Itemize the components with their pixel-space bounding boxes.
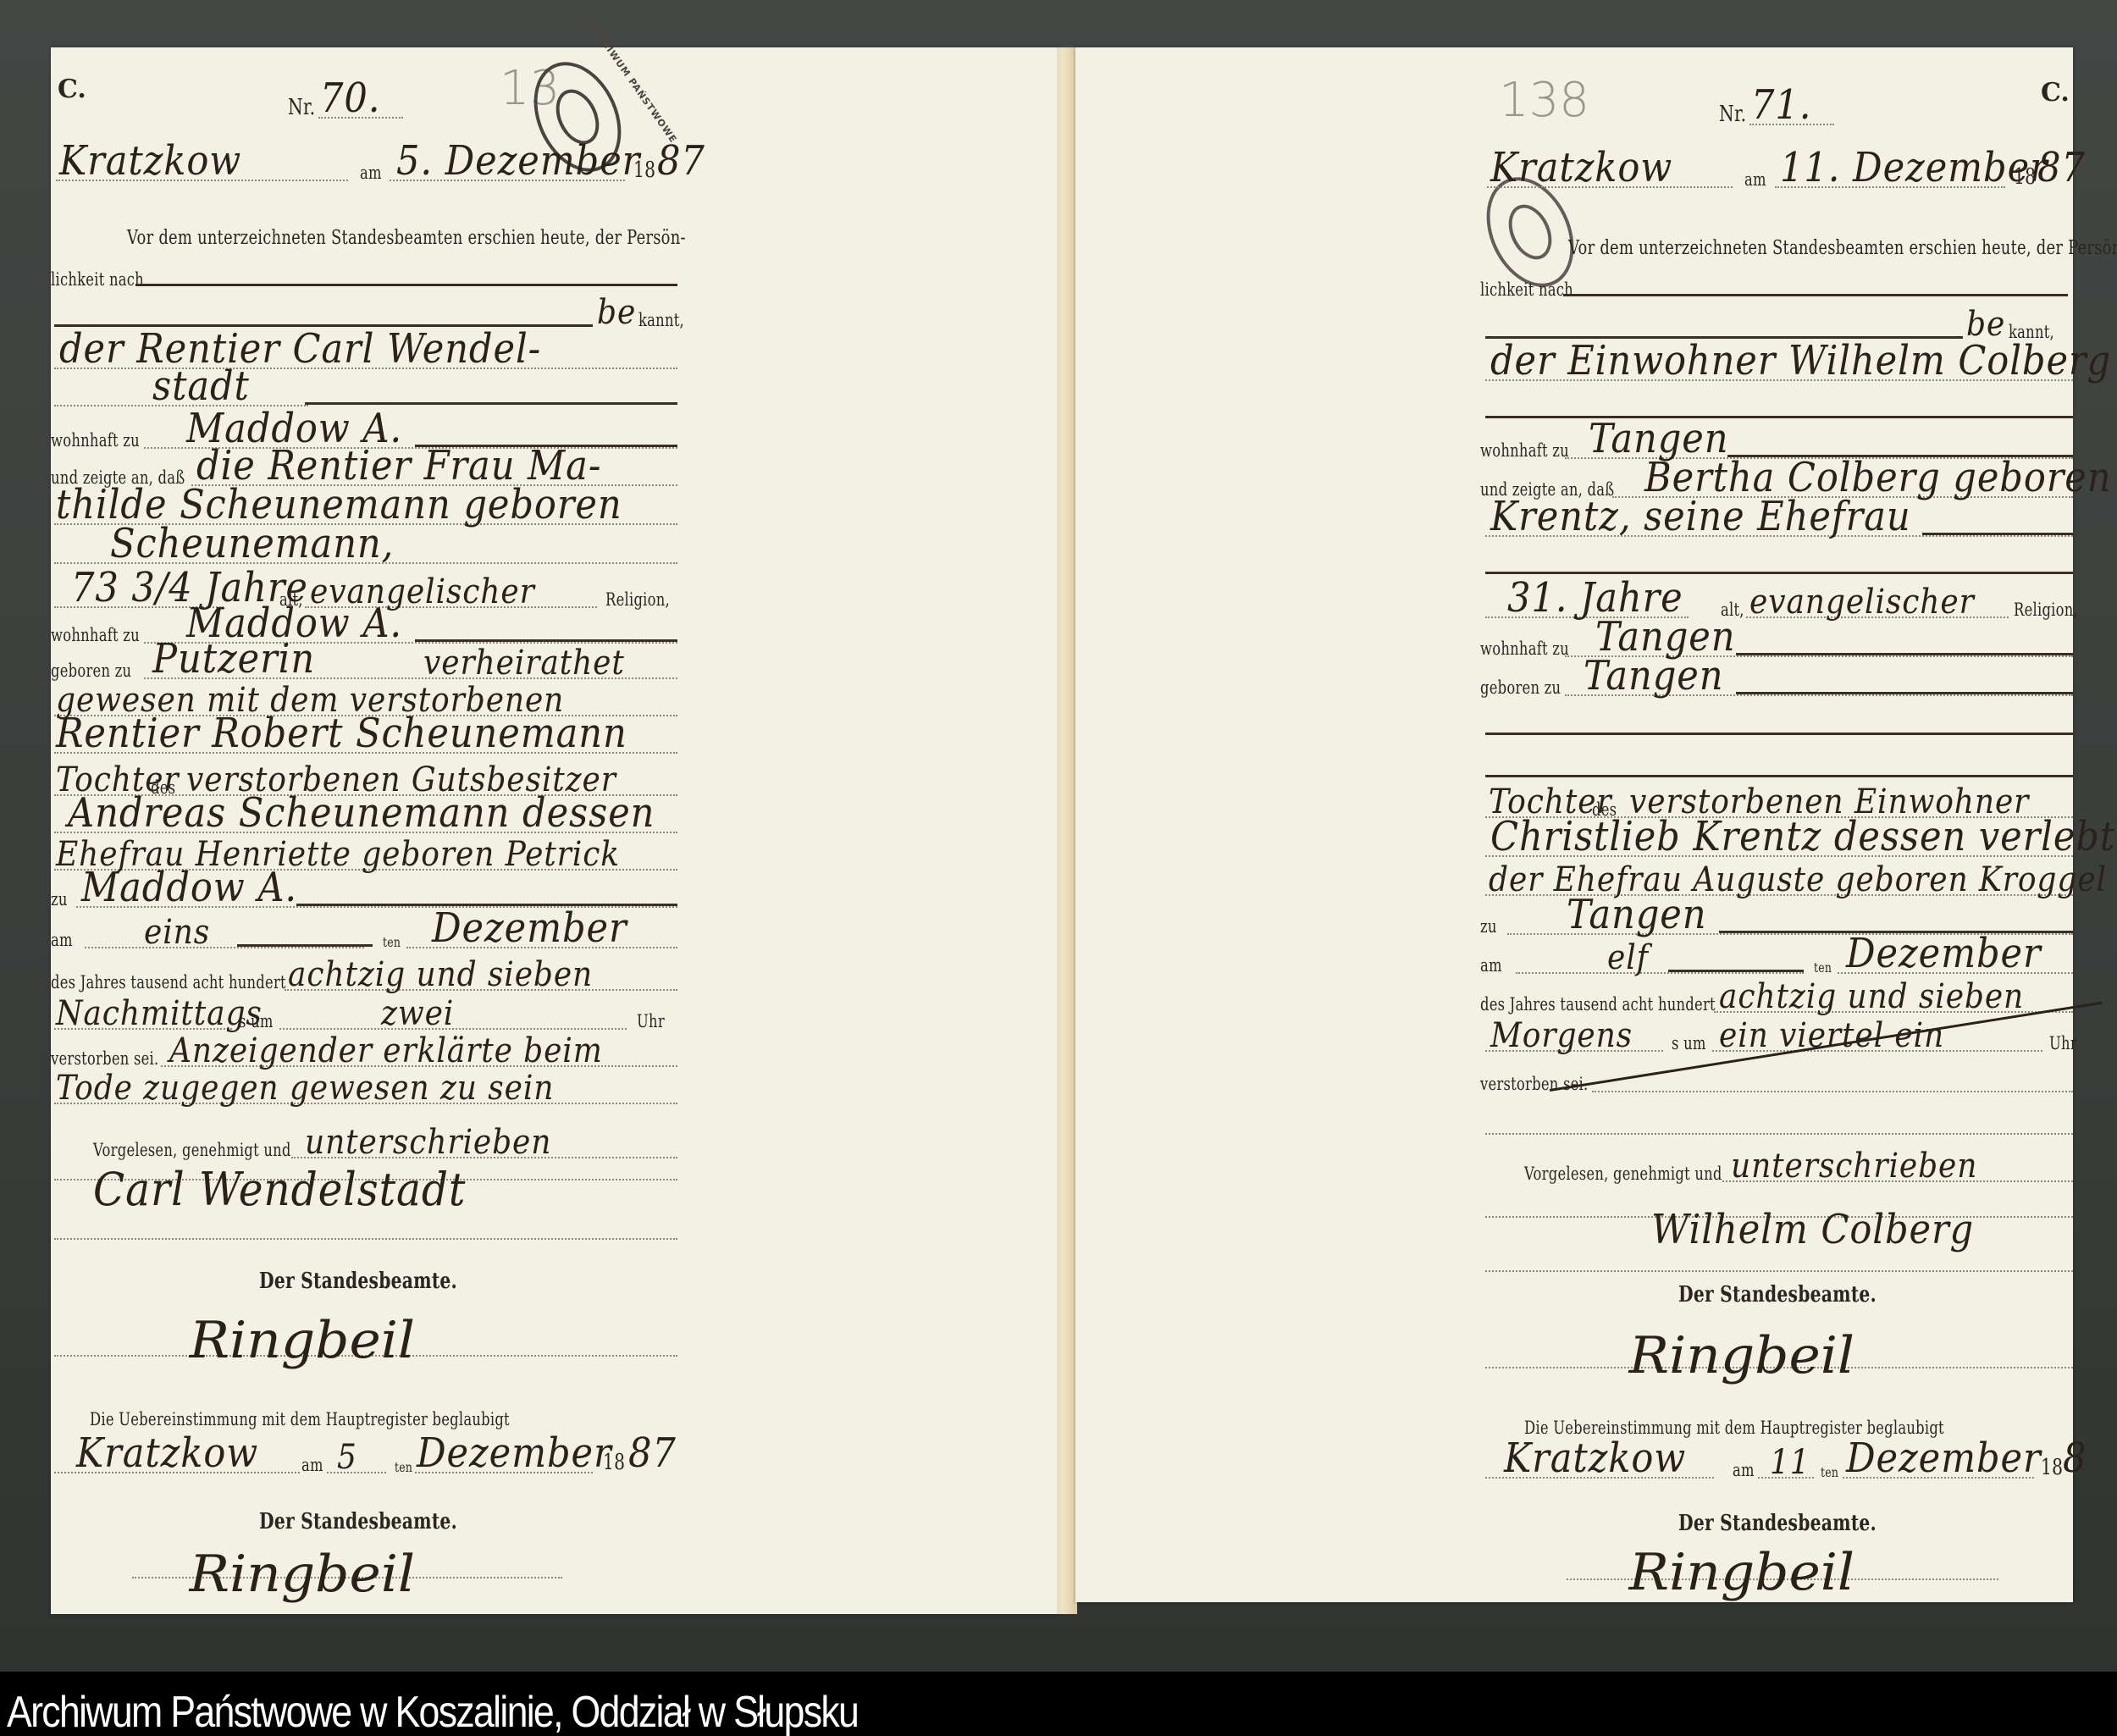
- wohnhaft-label: wohnhaft zu: [51, 430, 140, 451]
- verstorben-label: verstorben sei.: [1480, 1074, 1588, 1094]
- lichkeit-row: lichkeit nach: [51, 254, 1058, 293]
- verstorben-row-2: [1075, 1101, 2073, 1140]
- hour-value: ein viertel ein: [1719, 1016, 1944, 1055]
- death-date-row: am eins ten Dezember: [51, 915, 1058, 954]
- date: 5. Dezember: [396, 137, 640, 185]
- vorgelesen-row: Vorgelesen, genehmigt und unterschrieben: [1075, 1148, 2073, 1187]
- zu-value: Maddow A.: [81, 864, 297, 911]
- uhr-label: Uhr: [637, 1011, 665, 1031]
- jahres-row: des Jahres tausend acht hundert achtzig …: [1075, 979, 2073, 1018]
- standesbeamte-title-2: Der Standesbeamte.: [259, 1509, 457, 1534]
- detail-line-4: Andreas Scheunemann dessen: [68, 789, 655, 837]
- year-prefix: 18: [633, 158, 655, 183]
- geboren-row: geboren zu Tangen: [1075, 662, 2073, 701]
- certification-date-row: Kratzkow am 5 ten Dezember 18 87: [51, 1440, 1058, 1479]
- standesbeamte-title: Der Standesbeamte.: [259, 1269, 457, 1294]
- cert-day: 11: [1770, 1443, 1810, 1482]
- time-of-day: Nachmittags: [56, 994, 263, 1033]
- cert-am: am: [1733, 1460, 1755, 1480]
- cert-place: Kratzkow: [1504, 1435, 1686, 1482]
- nr-label: Nr.: [288, 95, 315, 120]
- geboren-row-3: [1075, 745, 2073, 784]
- lichkeit-row: lichkeit nach: [1075, 264, 2073, 303]
- cert-month: Dezember: [1846, 1435, 2042, 1482]
- time-row: Nachmittags s um zwei Uhr: [51, 996, 1058, 1035]
- religion-value: evangelischer: [1749, 583, 1975, 622]
- verstorben-label: verstorben sei.: [51, 1048, 158, 1069]
- cert-year-prefix: 18: [603, 1450, 625, 1475]
- geboren-value: Tangen: [1584, 652, 1723, 699]
- informant-line-2: stadt: [152, 362, 250, 410]
- geboren-row: geboren zu Putzerin verheirathet: [51, 645, 1058, 684]
- cert-year-suffix: 8: [2063, 1435, 2087, 1482]
- detail-line-2: Christlieb Krentz dessen verlebten,: [1490, 813, 2117, 860]
- right-page-record-71: C. 138 Nr. 71. Kratzkow am 11. Dezember …: [1075, 47, 2073, 1602]
- intro-text: Vor dem unterzeichneten Standesbeamten e…: [127, 227, 686, 249]
- ten-label: ten: [383, 934, 401, 950]
- wohnhaft2-label: wohnhaft zu: [1480, 639, 1569, 659]
- am-label-2: am: [51, 930, 73, 950]
- year-suffix: 87: [2037, 144, 2086, 191]
- year-prefix: 18: [2014, 164, 2036, 190]
- deceased-row-2: Krentz, seine Ehefrau: [1075, 503, 2073, 542]
- zu-value: Tangen: [1567, 891, 1706, 938]
- vorgelesen-value: unterschrieben: [1731, 1147, 1977, 1186]
- place: Kratzkow: [1490, 144, 1672, 191]
- cert-ten: ten: [1821, 1464, 1838, 1480]
- vorgelesen-label: Vorgelesen, genehmigt und: [1524, 1164, 1722, 1184]
- uhr-label: Uhr: [2049, 1033, 2077, 1053]
- s-um-label: s um: [239, 1011, 274, 1031]
- informant-row-1: der Einwohner Wilhelm Colberg: [1075, 347, 2073, 386]
- cert-am: am: [301, 1455, 323, 1475]
- registrar-signature: Ringbeil: [190, 1311, 415, 1370]
- wohnhaft-label: wohnhaft zu: [1480, 440, 1569, 461]
- day-value: elf: [1607, 938, 1649, 977]
- deceased-line-3: Scheunemann,: [110, 520, 394, 567]
- wohnhaft2-row: wohnhaft zu Tangen: [1075, 623, 2073, 662]
- geboren-label: geboren zu: [1480, 677, 1561, 698]
- bekannt-print: kannt,: [638, 310, 684, 330]
- uebereinstimmung-row: Die Uebereinstimmung mit dem Hauptregist…: [51, 1394, 1058, 1433]
- informant-row-2: [1075, 386, 2073, 425]
- verstorben-row: verstorben sei.: [1075, 1059, 2073, 1097]
- standesbeamte-title-row-2: Der Standesbeamte.: [1075, 1501, 2073, 1540]
- registrar-signature: Ringbeil: [1629, 1326, 1854, 1385]
- nr-value: 71.: [1751, 81, 1811, 129]
- religion-label: Religion,: [605, 589, 670, 610]
- cert-year-prefix: 18: [2041, 1455, 2063, 1480]
- standesbeamte-title: Der Standesbeamte.: [1678, 1282, 1877, 1308]
- place: Kratzkow: [59, 137, 241, 185]
- jahres-row: des Jahres tausend acht hundert achtzig …: [51, 957, 1058, 996]
- death-date-row: am elf ten Dezember: [1075, 940, 2073, 979]
- book-gutter: [1057, 47, 1077, 1614]
- standesbeamte-title-2: Der Standesbeamte.: [1678, 1511, 1877, 1536]
- intro-row: Vor dem unterzeichneten Standesbeamten e…: [1075, 224, 2073, 263]
- detail-row-4: Andreas Scheunemann dessen: [51, 799, 1058, 838]
- left-page-record-70: C. 13 ARCHIWUM PAŃSTWOWE Nr. 70. Kratzko…: [51, 47, 1058, 1614]
- geboren-extra: verheirathet: [423, 644, 625, 683]
- vorgelesen-label: Vorgelesen, genehmigt und: [93, 1140, 291, 1160]
- registrar-signature-2: Ringbeil: [1629, 1543, 1854, 1602]
- verstorben-line-2: Tode zugegen gewesen zu sein: [56, 1069, 554, 1108]
- zu-label: zu: [51, 889, 68, 909]
- registrar-signature-row-2: Ringbeil: [1075, 1546, 2073, 1585]
- day-value: eins: [144, 913, 210, 952]
- blank-signature-line: [51, 1206, 1058, 1245]
- geboren-row-2: [1075, 703, 2073, 742]
- registrar-signature-row-2: Ringbeil: [51, 1545, 1058, 1584]
- month-value: Dezember: [432, 904, 627, 952]
- uebereinstimmung-text: Die Uebereinstimmung mit dem Hauptregist…: [90, 1409, 510, 1429]
- lichkeit-label: lichkeit nach: [1480, 279, 1573, 300]
- archive-caption: Archiwum Państwowe w Koszalinie, Oddział…: [7, 1687, 858, 1736]
- nr-value: 70.: [320, 75, 380, 122]
- jahres-value: achtzig und sieben: [288, 955, 593, 994]
- standesbeamte-title-row-2: Der Standesbeamte.: [51, 1499, 1058, 1538]
- am-label-2: am: [1480, 955, 1502, 976]
- jahres-label: des Jahres tausend acht hundert: [51, 972, 286, 992]
- verstorben-value: Anzeigender erklärte beim: [169, 1031, 603, 1070]
- intro-row: Vor dem unterzeichneten Standesbeamten e…: [51, 213, 1058, 252]
- date: 11. Dezember: [1780, 144, 2048, 191]
- verstorben-row-2: Tode zugegen gewesen zu sein: [51, 1070, 1058, 1109]
- am-label: am: [1744, 169, 1766, 190]
- registrar-signature-2: Ringbeil: [190, 1545, 415, 1604]
- cert-place: Kratzkow: [76, 1429, 258, 1477]
- standesbeamte-title-row: Der Standesbeamte.: [51, 1258, 1058, 1297]
- vorgelesen-value: unterschrieben: [305, 1123, 551, 1162]
- age-row: 31. Jahre alt, evangelischer Religion,: [1075, 584, 2073, 623]
- religion-label: Religion,: [2014, 600, 2078, 620]
- geboren-value: Putzerin: [152, 635, 315, 683]
- intro-text: Vor dem unterzeichneten Standesbeamten e…: [1568, 237, 2117, 259]
- cert-day: 5: [337, 1438, 357, 1477]
- jahres-value: achtzig und sieben: [1719, 977, 2024, 1016]
- cert-year-suffix: 87: [628, 1429, 677, 1477]
- detail-line-2: Rentier Robert Scheunemann: [56, 710, 627, 757]
- bekannt-hand: be: [597, 293, 636, 332]
- place-date-row: Kratzkow am 11. Dezember 18 87: [1075, 154, 2073, 193]
- time-row: Morgens s um ein viertel ein Uhr: [1075, 1018, 2073, 1057]
- place-date-row: Kratzkow am 5. Dezember 18 87: [51, 147, 1058, 186]
- informant-line-1: der Rentier Carl Wendel-: [59, 325, 541, 373]
- deceased-line-2: Krentz, seine Ehefrau: [1490, 493, 1911, 540]
- ten-label: ten: [1814, 959, 1832, 976]
- cert-ten: ten: [395, 1459, 412, 1475]
- geboren-label: geboren zu: [51, 661, 131, 681]
- hour-value: zwei: [381, 994, 454, 1033]
- verstorben-row: verstorben sei. Anzeigender erklärte bei…: [51, 1033, 1058, 1072]
- vorgelesen-row: Vorgelesen, genehmigt und unterschrieben: [51, 1125, 1058, 1164]
- am-label: am: [360, 163, 382, 183]
- record-number-row: Nr. 70.: [51, 85, 1058, 124]
- wohnhaft2-label: wohnhaft zu: [51, 625, 140, 645]
- time-of-day: Morgens: [1490, 1016, 1633, 1055]
- zu-label: zu: [1480, 916, 1497, 937]
- nr-label: Nr.: [1719, 102, 1746, 127]
- record-number-row: Nr. 71.: [1075, 91, 2073, 130]
- certification-date-row: Kratzkow am 11 ten Dezember 18 8: [1075, 1445, 2073, 1484]
- informant-line-1: der Einwohner Wilhelm Colberg: [1490, 337, 2111, 384]
- registrar-signature-row: Ringbeil: [1075, 1335, 2073, 1374]
- lichkeit-label: lichkeit nach: [51, 269, 144, 290]
- s-um-label: s um: [1672, 1033, 1706, 1053]
- standesbeamte-title-row: Der Standesbeamte.: [1075, 1272, 2073, 1311]
- cert-month: Dezember: [417, 1429, 612, 1477]
- registrar-signature-row: Ringbeil: [51, 1323, 1058, 1362]
- detail-row-2: Rentier Robert Scheunemann: [51, 720, 1058, 759]
- year-suffix: 87: [657, 137, 705, 185]
- jahres-label: des Jahres tausend acht hundert: [1480, 994, 1716, 1015]
- month-value: Dezember: [1846, 930, 2042, 977]
- detail-row-2: Christlieb Krentz dessen verlebten,: [1075, 823, 2073, 862]
